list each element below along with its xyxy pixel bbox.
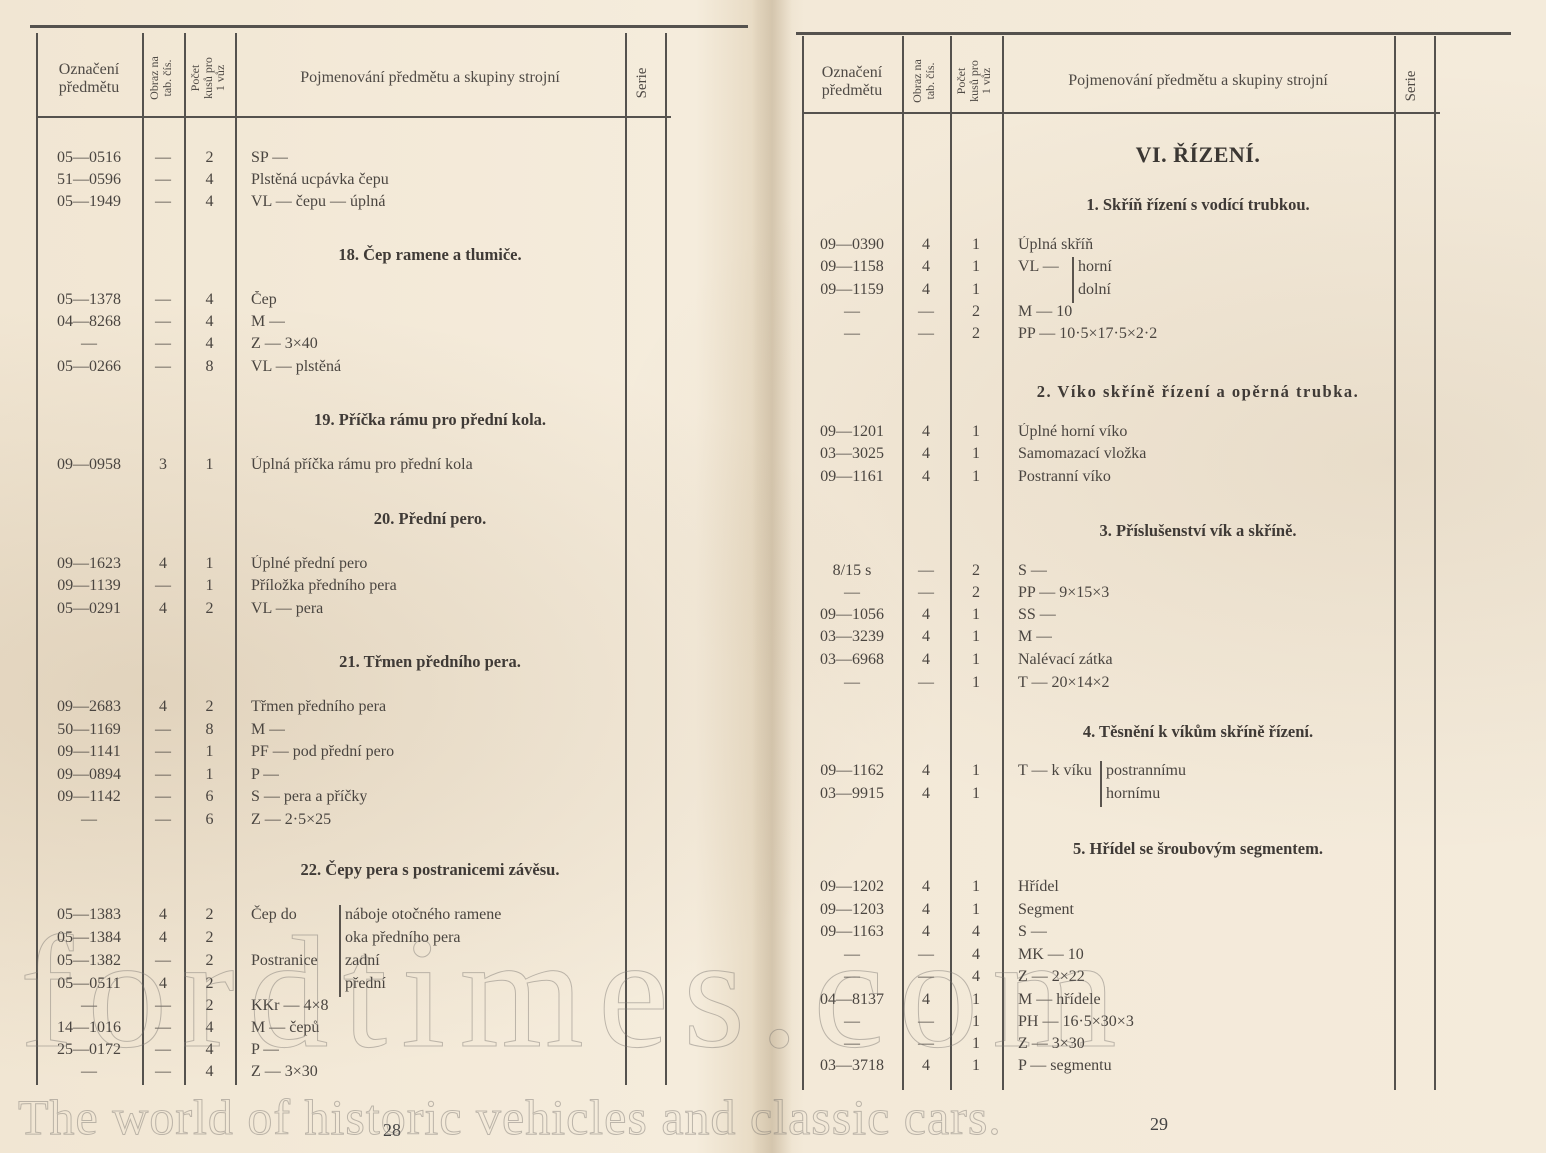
part-number: 05—0516 xyxy=(36,149,142,167)
quantity: 1 xyxy=(184,743,235,761)
quantity: 2 xyxy=(184,698,235,716)
image-reference: — xyxy=(142,313,184,331)
table-row: 09—268342Třmen předního pera xyxy=(0,698,752,720)
table-row: 03—302541Samomazací vložka xyxy=(792,445,1546,467)
column-header-name: Pojmenování předmětu a skupiny strojní xyxy=(1002,72,1394,90)
watermark-tagline: The world of historic vehicles and class… xyxy=(18,1088,1002,1146)
quantity: 1 xyxy=(950,762,1002,780)
leader-dots xyxy=(1056,606,1384,628)
part-name: postrannímu xyxy=(1106,762,1186,780)
table-row: ——2PP — 10·5×17·5×2·2 xyxy=(792,325,1546,347)
quantity: 1 xyxy=(184,456,235,474)
leader-dots xyxy=(320,335,615,357)
image-reference: 4 xyxy=(902,281,950,299)
quantity: 4 xyxy=(184,313,235,331)
table-row: 03—991541hornímu xyxy=(792,785,1546,807)
image-reference: 4 xyxy=(902,785,950,803)
leader-dots xyxy=(403,698,615,720)
image-reference: 4 xyxy=(902,651,950,669)
leader-dots xyxy=(1132,651,1384,673)
leader-dots xyxy=(1110,584,1384,606)
leader-dots xyxy=(1124,281,1384,303)
quantity: 1 xyxy=(950,423,1002,441)
image-reference: — xyxy=(142,788,184,806)
part-name: Z — 3×40 xyxy=(251,335,318,353)
quantity: 1 xyxy=(950,606,1002,624)
leader-dots xyxy=(1132,1013,1384,1035)
part-number: 03—3025 xyxy=(802,445,902,463)
part-number: 8/15 s xyxy=(802,562,902,580)
quantity: 2 xyxy=(950,584,1002,602)
table-row: ——1T — 20×14×2 xyxy=(792,674,1546,696)
part-name: PP — 9×15×3 xyxy=(1018,584,1109,602)
part-name: M — xyxy=(251,721,285,739)
quantity: 1 xyxy=(950,674,1002,692)
watermark-domain: fordtimes.com xyxy=(20,900,1131,1085)
quantity: 1 xyxy=(950,468,1002,486)
column-header-name: Pojmenování předmětu a skupiny strojní xyxy=(235,69,625,87)
part-number: 09—1139 xyxy=(36,577,142,595)
quantity: 1 xyxy=(950,651,1002,669)
top-rule xyxy=(796,32,1511,35)
part-number: 51—0596 xyxy=(36,171,142,189)
table-row: 05—0516—2SP — xyxy=(0,149,752,171)
image-reference: — xyxy=(142,721,184,739)
part-number: 09—1159 xyxy=(802,281,902,299)
part-number: 09—1056 xyxy=(802,606,902,624)
part-name: T — 20×14×2 xyxy=(1018,674,1110,692)
table-row: 09—120141Úplné horní víko xyxy=(792,423,1546,445)
image-reference: — xyxy=(142,358,184,376)
leader-dots xyxy=(388,193,615,215)
image-reference: 4 xyxy=(902,878,950,896)
part-name: Samomazací vložka xyxy=(1018,445,1146,463)
image-reference: 4 xyxy=(902,258,950,276)
group-brace xyxy=(1072,280,1074,303)
part-number: 09—1162 xyxy=(802,762,902,780)
leader-dots xyxy=(1087,968,1384,990)
column-header-serie: Serie xyxy=(1404,56,1424,116)
leader-dots xyxy=(388,555,615,577)
table-row: 8/15 s—2S — xyxy=(792,562,1546,584)
leader-dots xyxy=(388,788,615,810)
table-row: 09—1141—1PF — pod přední pero xyxy=(0,743,752,765)
section-heading: 1. Skříň řízení s vodící trubkou. xyxy=(1002,195,1394,215)
leader-dots xyxy=(1124,258,1384,280)
quantity: 2 xyxy=(184,600,235,618)
part-name: S — pera a příčky xyxy=(251,788,367,806)
quantity: 6 xyxy=(184,788,235,806)
part-number: 05—0266 xyxy=(36,358,142,376)
part-number: 09—1623 xyxy=(36,555,142,573)
table-row: 09—115941dolní xyxy=(792,281,1546,303)
column-header-code: Označení předmětu xyxy=(36,61,142,98)
image-reference: — xyxy=(902,303,950,321)
table-row: 09—039041Úplná skříň xyxy=(792,236,1546,258)
image-reference: 4 xyxy=(902,468,950,486)
table-row: 05—0266—8VL — plstěná xyxy=(0,358,752,380)
section-heading: 4. Těsnění k víkům skříně řízení. xyxy=(1002,722,1394,742)
section-heading: 19. Příčka rámu pro přední kola. xyxy=(235,410,625,430)
leader-dots xyxy=(1148,423,1384,445)
part-name: Úplné horní víko xyxy=(1018,423,1127,441)
table-row: 09—095831Úplná příčka rámu pro přední ko… xyxy=(0,456,752,478)
column-header-quantity: Počet kusů pro 1 vůz xyxy=(955,41,997,121)
part-number: — xyxy=(802,674,902,692)
leader-dots xyxy=(510,456,615,478)
part-number: 09—0390 xyxy=(802,236,902,254)
leader-dots xyxy=(1198,762,1384,784)
table-row: 09—116141Postranní víko xyxy=(792,468,1546,490)
quantity: 6 xyxy=(184,811,235,829)
part-number: — xyxy=(36,811,142,829)
image-reference: 4 xyxy=(142,698,184,716)
leader-dots xyxy=(335,811,615,833)
group-brace xyxy=(1100,784,1102,807)
image-reference: 4 xyxy=(902,606,950,624)
quantity: 2 xyxy=(950,562,1002,580)
section-heading: 5. Hřídel se šroubovým segmentem. xyxy=(1002,839,1394,859)
quantity: 8 xyxy=(184,721,235,739)
leader-dots xyxy=(1132,468,1384,490)
leader-dots xyxy=(282,721,615,743)
header-rule xyxy=(802,112,1440,114)
chapter-heading: VI. ŘÍZENÍ. xyxy=(1002,142,1394,168)
part-name: VL — plstěná xyxy=(251,358,341,376)
part-name: Plstěná ucpávka čepu xyxy=(251,171,389,189)
leader-dots xyxy=(1110,991,1384,1013)
part-name: Úplná skříň xyxy=(1018,236,1093,254)
table-row: 50—1169—8M — xyxy=(0,721,752,743)
column-header-image-ref: Obraz na tab. čís. xyxy=(911,41,941,121)
image-reference: — xyxy=(142,193,184,211)
part-number: 09—1141 xyxy=(36,743,142,761)
part-name: horní xyxy=(1078,258,1112,276)
quantity: 1 xyxy=(950,878,1002,896)
table-row: 51—0596—4Plstěná ucpávka čepu xyxy=(0,171,752,193)
section-heading: 18. Čep ramene a tlumiče. xyxy=(235,245,625,265)
part-name: Třmen předního pera xyxy=(251,698,386,716)
quantity: 1 xyxy=(950,281,1002,299)
image-reference: — xyxy=(142,171,184,189)
leader-dots xyxy=(1167,785,1384,807)
image-reference: 4 xyxy=(902,628,950,646)
leader-dots xyxy=(1163,325,1384,347)
part-name: Postranní víko xyxy=(1018,468,1111,486)
page-number: 29 xyxy=(1150,1114,1168,1135)
item-group-prefix: T — k víku xyxy=(1018,762,1092,780)
part-number: 09—1161 xyxy=(802,468,902,486)
part-number: — xyxy=(802,325,902,343)
part-name: VL — čepu — úplná xyxy=(251,193,385,211)
table-row: 09—116241T — k víkupostrannímu xyxy=(792,762,1546,784)
quantity: 1 xyxy=(950,236,1002,254)
leader-dots xyxy=(1049,628,1384,650)
part-number: — xyxy=(36,335,142,353)
table-row: ——2PP — 9×15×3 xyxy=(792,584,1546,606)
item-group-prefix: VL — xyxy=(1018,258,1059,276)
section-heading: 3. Příslušenství vík a skříně. xyxy=(1002,521,1394,541)
part-number: 09—1202 xyxy=(802,878,902,896)
table-row: 05—029142VL — pera xyxy=(0,600,752,622)
table-row: 09—1142—6S — pera a příčky xyxy=(0,788,752,810)
quantity: 2 xyxy=(950,303,1002,321)
quantity: 4 xyxy=(184,335,235,353)
part-name: dolní xyxy=(1078,281,1111,299)
part-number: 09—0958 xyxy=(36,456,142,474)
part-name: VL — pera xyxy=(251,600,323,618)
image-reference: 3 xyxy=(142,456,184,474)
image-reference: 4 xyxy=(902,445,950,463)
image-reference: 4 xyxy=(902,423,950,441)
quantity: 4 xyxy=(184,171,235,189)
part-name: Nalévací zátka xyxy=(1018,651,1113,669)
quantity: 1 xyxy=(950,445,1002,463)
image-reference: — xyxy=(142,335,184,353)
leader-dots xyxy=(282,313,615,335)
image-reference: — xyxy=(902,674,950,692)
leader-dots xyxy=(426,577,615,599)
part-name: S — xyxy=(1018,562,1047,580)
image-reference: — xyxy=(142,291,184,309)
leader-dots xyxy=(327,600,615,622)
column-header-code: Označení předmětu xyxy=(802,64,902,101)
section-heading: 21. Třmen předního pera. xyxy=(235,652,625,672)
table-row: 09—1139—1Příložka předního pera xyxy=(0,577,752,599)
part-name: Úplná příčka rámu pro přední kola xyxy=(251,456,473,474)
table-row: 03—696841Nalévací zátka xyxy=(792,651,1546,673)
part-name: Čep xyxy=(251,291,277,309)
column-header-serie: Serie xyxy=(635,53,655,113)
leader-dots xyxy=(1155,445,1384,467)
part-number: 05—0291 xyxy=(36,600,142,618)
image-reference: 4 xyxy=(142,600,184,618)
header-rule xyxy=(36,116,671,118)
part-number: 03—3239 xyxy=(802,628,902,646)
quantity: 1 xyxy=(950,785,1002,803)
part-number: 09—1158 xyxy=(802,258,902,276)
group-brace xyxy=(1072,257,1074,280)
image-reference: — xyxy=(142,811,184,829)
leader-dots xyxy=(1072,303,1384,325)
leader-dots xyxy=(350,358,615,380)
quantity: 1 xyxy=(184,577,235,595)
part-name: SS — xyxy=(1018,606,1056,624)
leader-dots xyxy=(289,149,615,171)
part-number: 04—8268 xyxy=(36,313,142,331)
part-name: Příložka předního pera xyxy=(251,577,397,595)
image-reference: — xyxy=(902,584,950,602)
table-row: 03—323941M — xyxy=(792,628,1546,650)
table-row: 05—1378—4Čep xyxy=(0,291,752,313)
leader-dots xyxy=(1110,674,1384,696)
section-heading: 20. Přední pero. xyxy=(235,509,625,529)
section-heading: 2. Víko skříně řízení a opěrná trubka. xyxy=(1002,382,1394,402)
table-row: 09—105641SS — xyxy=(792,606,1546,628)
leader-dots xyxy=(411,171,615,193)
top-rule xyxy=(30,25,748,28)
table-row: 09—120241Hřídel xyxy=(792,878,1546,900)
image-reference: — xyxy=(142,577,184,595)
part-number: 09—2683 xyxy=(36,698,142,716)
table-row: 09—115841VL —horní xyxy=(792,258,1546,280)
part-number: — xyxy=(802,584,902,602)
section-heading: 22. Čepy pera s postranicemi závěsu. xyxy=(235,860,625,880)
leader-dots xyxy=(282,766,615,788)
part-name: Z — 2·5×25 xyxy=(251,811,331,829)
part-number: 03—6968 xyxy=(802,651,902,669)
image-reference: 4 xyxy=(902,236,950,254)
table-row: 04—8268—4M — xyxy=(0,313,752,335)
part-number: 09—0894 xyxy=(36,766,142,784)
leader-dots xyxy=(1110,236,1384,258)
leader-dots xyxy=(1117,1057,1384,1079)
table-row: ——2M — 10 xyxy=(792,303,1546,325)
column-header-image-ref: Obraz na tab. čís. xyxy=(148,38,178,118)
part-number: 09—1201 xyxy=(802,423,902,441)
column-header-quantity: Počet kusů pro 1 vůz xyxy=(189,38,231,118)
table-row: ——6Z — 2·5×25 xyxy=(0,811,752,833)
leader-dots xyxy=(1049,562,1384,584)
quantity: 8 xyxy=(184,358,235,376)
leader-dots xyxy=(411,743,615,765)
part-name: M — xyxy=(251,313,285,331)
part-number: 50—1169 xyxy=(36,721,142,739)
group-brace xyxy=(1100,761,1102,784)
part-name: M — 10 xyxy=(1018,303,1072,321)
quantity: 1 xyxy=(950,628,1002,646)
part-number: 05—1949 xyxy=(36,193,142,211)
part-name: hornímu xyxy=(1106,785,1160,803)
quantity: 2 xyxy=(184,149,235,167)
part-number: 05—1378 xyxy=(36,291,142,309)
part-name: Úplné přední pero xyxy=(251,555,367,573)
table-row: 09—0894—1P — xyxy=(0,766,752,788)
part-name: PF — pod přední pero xyxy=(251,743,394,761)
image-reference: 4 xyxy=(902,762,950,780)
part-number: 03—9915 xyxy=(802,785,902,803)
table-row: ——4Z — 3×40 xyxy=(0,335,752,357)
table-row: 05—1949—4VL — čepu — úplná xyxy=(0,193,752,215)
part-number: — xyxy=(802,303,902,321)
table-row: 09—162341Úplné přední pero xyxy=(0,555,752,577)
image-reference: — xyxy=(142,743,184,761)
leader-dots xyxy=(282,291,615,313)
quantity: 4 xyxy=(184,193,235,211)
quantity: 2 xyxy=(950,325,1002,343)
part-name: PP — 10·5×17·5×2·2 xyxy=(1018,325,1157,343)
image-reference: — xyxy=(142,149,184,167)
leader-dots xyxy=(1087,1035,1384,1057)
leader-dots xyxy=(1072,878,1384,900)
part-number: 09—1142 xyxy=(36,788,142,806)
image-reference: 4 xyxy=(142,555,184,573)
image-reference: — xyxy=(902,562,950,580)
quantity: 1 xyxy=(184,555,235,573)
part-name: Hřídel xyxy=(1018,878,1059,896)
quantity: 1 xyxy=(950,258,1002,276)
quantity: 1 xyxy=(184,766,235,784)
part-name: M — xyxy=(1018,628,1052,646)
part-name: P — xyxy=(251,766,279,784)
quantity: 4 xyxy=(184,291,235,309)
image-reference: — xyxy=(142,766,184,784)
part-name: SP — xyxy=(251,149,288,167)
image-reference: — xyxy=(902,325,950,343)
